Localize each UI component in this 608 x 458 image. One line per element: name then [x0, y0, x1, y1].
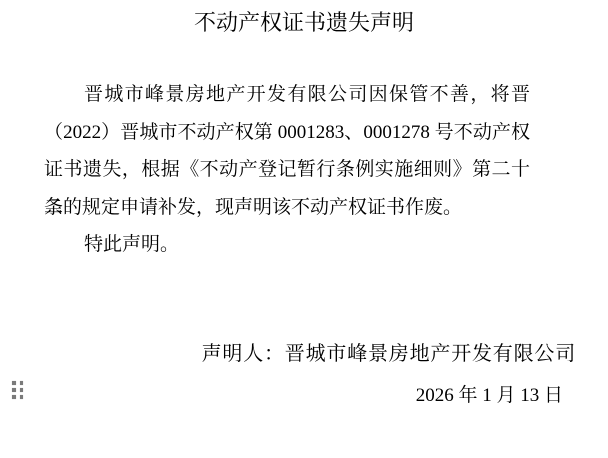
- declarant-signature-line: 声明人：晋城市峰景房地产开发有限公司: [202, 341, 576, 367]
- drag-handle-dot: [12, 381, 16, 385]
- drag-handle-dot: [20, 381, 24, 385]
- document-body: 晋城市峰景房地产开发有限公司因保管不善，将晋（2022）晋城市不动产权第 000…: [44, 76, 530, 264]
- drag-handle-dot: [20, 395, 24, 399]
- document-title: 不动产权证书遗失声明: [0, 6, 608, 40]
- drag-handle-icon[interactable]: [12, 381, 23, 399]
- paragraph-line: 特此声明。: [44, 226, 530, 264]
- date-line: 2026 年 1 月 13 日: [416, 384, 563, 408]
- drag-handle-dot: [20, 388, 24, 392]
- paragraph-line: 条的规定申请补发，现声明该不动产权证书作废。: [44, 189, 530, 227]
- drag-handle-dot: [12, 388, 16, 392]
- paragraph-line: 晋城市峰景房地产开发有限公司因保管不善，将晋: [44, 76, 530, 114]
- drag-handle-dot: [12, 395, 16, 399]
- paragraph-line: （2022）晋城市不动产权第 0001283、0001278 号不动产权: [44, 114, 530, 152]
- document-page: 不动产权证书遗失声明 晋城市峰景房地产开发有限公司因保管不善，将晋（2022）晋…: [0, 0, 608, 458]
- paragraph-line: 证书遗失，根据《不动产登记暂行条例实施细则》第二十二: [44, 151, 530, 189]
